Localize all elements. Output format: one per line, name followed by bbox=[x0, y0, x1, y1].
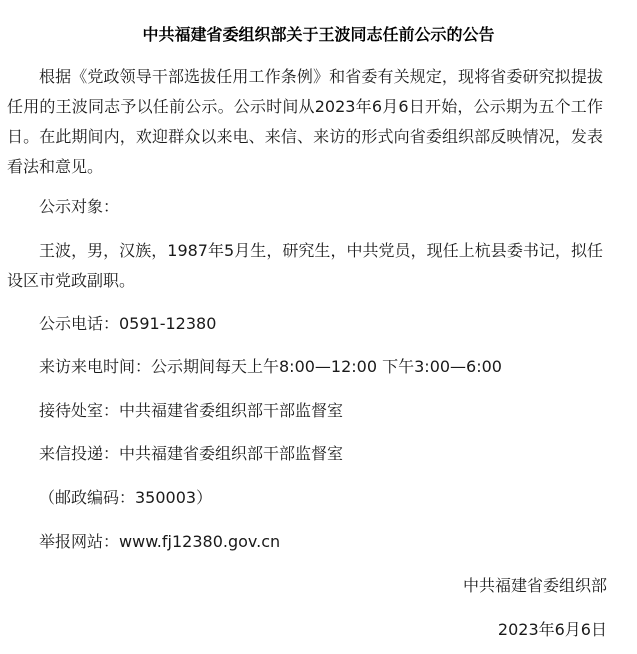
website-label: 举报网站： bbox=[39, 532, 119, 551]
reception-line: 接待处室：中共福建省委组织部干部监督室 bbox=[39, 400, 343, 422]
website-line: 举报网站：www.fj12380.gov.cn bbox=[39, 531, 280, 553]
postcode-line: （邮政编码：350003） bbox=[39, 487, 212, 509]
subject-label: 公示对象： bbox=[39, 196, 119, 218]
hours-line: 来访来电时间：公示期间每天上午8:00—12:00 下午3:00—6:00 bbox=[39, 356, 502, 378]
subject-detail: 王波，男，汉族，1987年5月生，研究生，中共党员，现任上杭县委书记，拟任设区市… bbox=[7, 236, 603, 296]
announcement-document: 中共福建省委组织部关于王波同志任前公示的公告 根据《党政领导干部选拔任用工作条例… bbox=[0, 0, 637, 654]
document-date: 2023年6月6日 bbox=[498, 619, 607, 641]
intro-paragraph: 根据《党政领导干部选拔任用工作条例》和省委有关规定，现将省委研究拟提拔任用的王波… bbox=[7, 62, 603, 182]
mail-line: 来信投递：中共福建省委组织部干部监督室 bbox=[39, 443, 343, 465]
website-link[interactable]: www.fj12380.gov.cn bbox=[119, 532, 280, 551]
document-title: 中共福建省委组织部关于王波同志任前公示的公告 bbox=[0, 24, 637, 46]
signature: 中共福建省委组织部 bbox=[463, 575, 607, 597]
phone-line: 公示电话：0591-12380 bbox=[39, 313, 216, 335]
